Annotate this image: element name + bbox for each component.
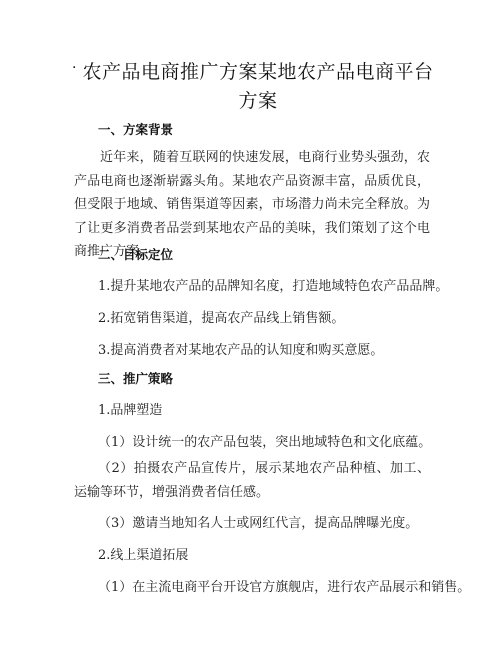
- section-heading-goals: 二、目标定位: [98, 245, 454, 263]
- section-heading-strategy: 三、推广策略: [98, 369, 454, 387]
- branding-item: （1）设计统一的农产品包装，突出地域特色和文化底蕴。: [98, 431, 454, 450]
- document-title: · 农产品电商推广方案某地农产品电商平台方案: [78, 58, 438, 116]
- goal-item: 1.提升某地农产品的品牌知名度，打造地域特色农产品品牌。: [98, 275, 454, 294]
- subsection-title-branding: 1.品牌塑造: [98, 399, 454, 418]
- section-heading-background: 一、方案背景: [98, 120, 454, 138]
- title-text: 农产品电商推广方案某地农产品电商平台方案: [82, 61, 433, 112]
- title-bullet: ·: [72, 54, 77, 83]
- goal-item: 2.拓宽销售渠道，提高农产品线上销售额。: [98, 307, 454, 326]
- goal-item: 3.提高消费者对某地农产品的认知度和购买意愿。: [98, 339, 454, 358]
- branding-item: （3）邀请当地知名人士或网红代言，提高品牌曝光度。: [98, 512, 454, 531]
- branding-item: （2）拍摄农产品宣传片，展示某地农产品种植、加工、运输等环节，增强消费者信任感。: [74, 457, 430, 504]
- online-item: （1）在主流电商平台开设官方旗舰店，进行农产品展示和销售。: [98, 576, 454, 595]
- document-page: · 农产品电商推广方案某地农产品电商平台方案 一、方案背景 近年来，随着互联网的…: [0, 0, 500, 647]
- subsection-title-online: 2.线上渠道拓展: [98, 544, 454, 563]
